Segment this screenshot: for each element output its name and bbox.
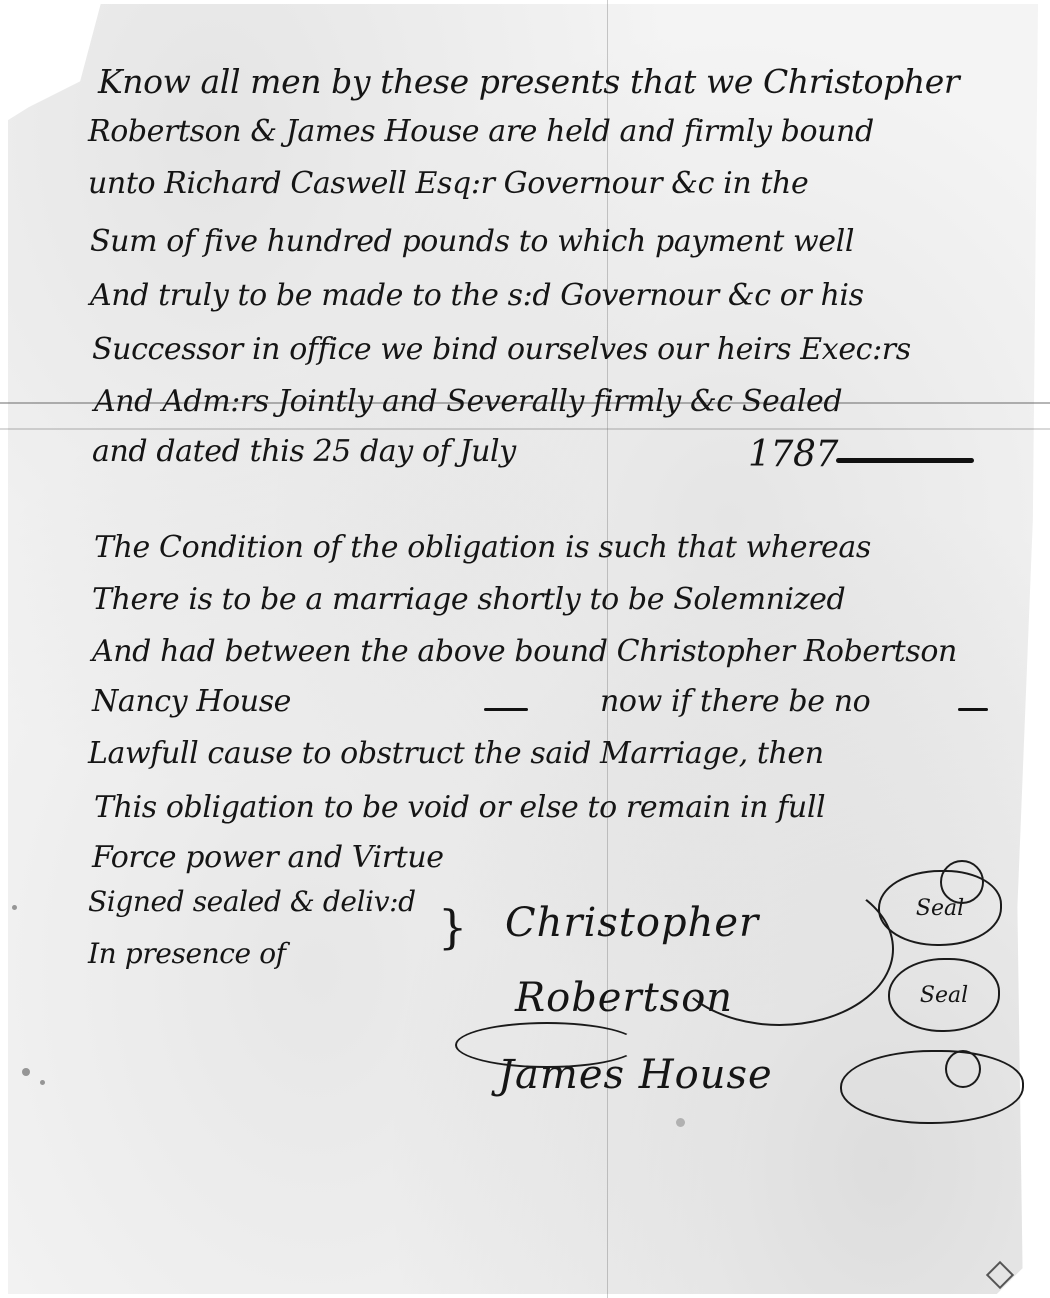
attestation-line-1: Signed sealed & deliv:d [88,885,416,918]
bond-line-7: And Adm:rs Jointly and Severally firmly … [94,384,842,428]
condition-line-4b: now if there be no [600,684,870,719]
fold-line-horizontal [0,428,1050,430]
ink-speck [40,1080,45,1085]
brace-mark: } [438,900,467,954]
bond-line-3: unto Richard Caswell Esq:r Governour &c … [88,166,808,210]
dash-stroke [958,708,988,711]
bond-line-1: Know all men by these presents that we C… [98,62,959,106]
seal-3 [840,1050,1024,1124]
bond-line-8: and dated this 25 day of July [92,434,516,478]
bond-line-6: Successor in office we bind ourselves ou… [92,332,911,376]
bond-year: 1787 [748,434,838,478]
condition-line-4: Nancy House [92,684,291,719]
signature-flourish [455,1022,639,1068]
condition-line-5: Lawfull cause to obstruct the said Marri… [88,736,824,771]
bond-line-4: Sum of five hundred pounds to which paym… [90,224,854,268]
condition-line-6: This obligation to be void or else to re… [94,790,825,825]
condition-line-2: There is to be a marriage shortly to be … [92,582,845,617]
bond-line-5: And truly to be made to the s:d Governou… [90,278,864,322]
signature-flourish [665,872,894,1026]
seal-2-label: Seal [920,983,968,1008]
ink-speck [12,905,17,910]
ink-speck [22,1068,30,1076]
condition-line-1: The Condition of the obligation is such … [94,530,871,565]
seal-2: Seal [888,958,1000,1032]
bond-line-2: Robertson & James House are held and fir… [88,114,874,158]
attestation-line-2: In presence of [88,937,286,970]
condition-line-7: Force power and Virtue [92,840,444,875]
ink-speck [676,1118,685,1127]
flourish-stroke [836,458,974,463]
dash-stroke [484,708,528,711]
seal-loop [940,860,984,904]
seal-loop [945,1050,981,1088]
condition-line-3: And had between the above bound Christop… [92,634,957,669]
